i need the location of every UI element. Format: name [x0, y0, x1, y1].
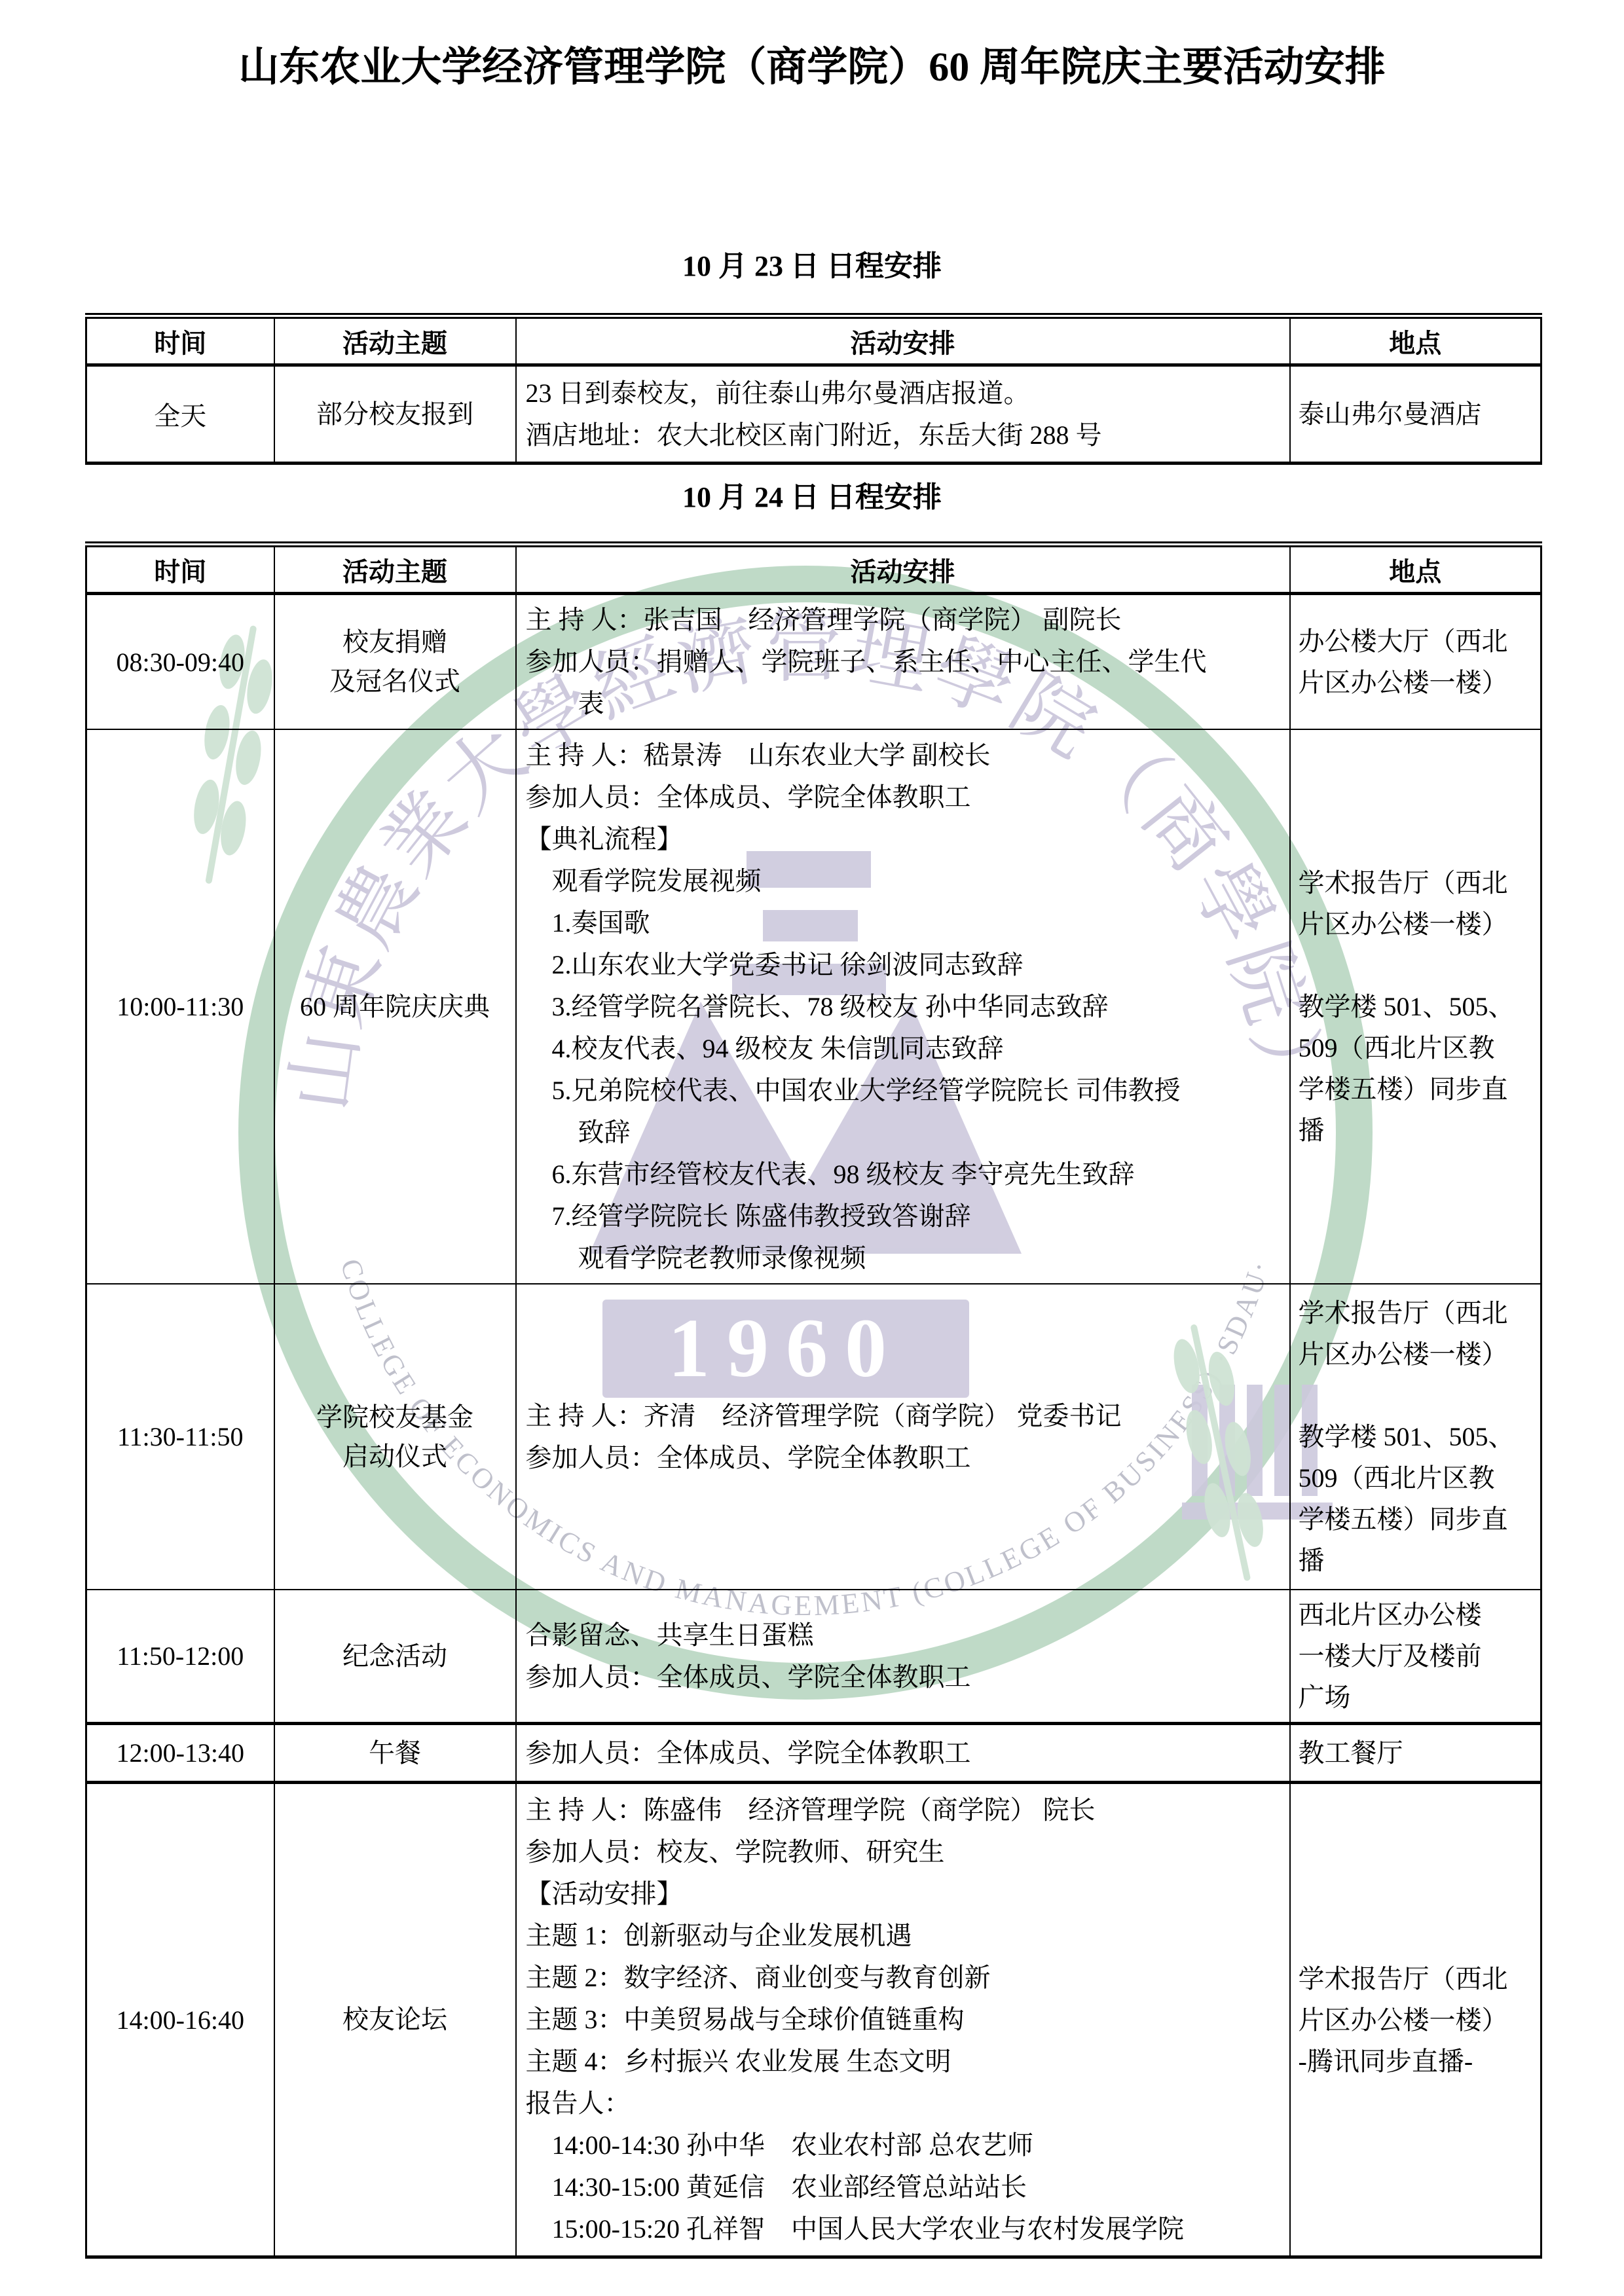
document-page: 山东农业大学经济管理学院（商学院）60 周年院庆主要活动安排 10 月 23 日…: [0, 46, 1624, 2259]
page-title: 山东农业大学经济管理学院（商学院）60 周年院庆主要活动安排: [0, 46, 1624, 89]
cell-arrangement: 23 日到泰校友，前往泰山弗尔曼酒店报道。 酒店地址：农大北校区南门附近，东岳大…: [516, 365, 1290, 464]
cell-time: 11:30-11:50: [86, 1284, 274, 1590]
oct23-schedule-table: 时间 活动主题 活动安排 地点 全天 部分校友报到 23 日到泰校友，前往泰山弗…: [85, 313, 1542, 465]
column-header-location: 地点: [1290, 545, 1541, 594]
cell-arrangement: 主 持 人：陈盛伟 经济管理学院（商学院） 院长 参加人员：校友、学院教师、研究…: [516, 1783, 1290, 2257]
cell-arrangement: 主 持 人：张吉国 经济管理学院（商学院） 副院长 参加人员：捐赠人、学院班子、…: [516, 594, 1290, 730]
schedule-row-anniversary-ceremony: 10:00-11:30 60 周年院庆庆典 主 持 人：嵇景涛 山东农业大学 副…: [86, 729, 1541, 1284]
column-header-time: 时间: [86, 545, 274, 594]
cell-theme: 午餐: [274, 1724, 516, 1783]
cell-time: 08:30-09:40: [86, 594, 274, 730]
cell-theme: 纪念活动: [274, 1590, 516, 1724]
schedule-row: 全天 部分校友报到 23 日到泰校友，前往泰山弗尔曼酒店报道。 酒店地址：农大北…: [86, 365, 1541, 464]
cell-location: 学术报告厅（西北 片区办公楼一楼） 教学楼 501、505、 509（西北片区教…: [1290, 729, 1541, 1284]
schedule-row-alumni-fund: 11:30-11:50 学院校友基金 启动仪式 主 持 人：齐清 经济管理学院（…: [86, 1284, 1541, 1590]
header-row: 时间 活动主题 活动安排 地点: [86, 316, 1541, 365]
cell-time: 11:50-12:00: [86, 1590, 274, 1724]
cell-theme: 部分校友报到: [274, 365, 516, 464]
cell-arrangement: 参加人员：全体成员、学院全体教职工: [516, 1724, 1290, 1783]
column-header-location: 地点: [1290, 316, 1541, 365]
cell-location: 办公楼大厅（西北 片区办公楼一楼）: [1290, 594, 1541, 730]
cell-location: 教工餐厅: [1290, 1724, 1541, 1783]
cell-theme: 学院校友基金 启动仪式: [274, 1284, 516, 1590]
column-header-theme: 活动主题: [274, 545, 516, 594]
cell-time: 全天: [86, 365, 274, 464]
cell-theme: 60 周年院庆庆典: [274, 729, 516, 1284]
schedule-row-donation-ceremony: 08:30-09:40 校友捐赠 及冠名仪式 主 持 人：张吉国 经济管理学院（…: [86, 594, 1541, 730]
cell-arrangement: 合影留念、共享生日蛋糕 参加人员：全体成员、学院全体教职工: [516, 1590, 1290, 1724]
schedule-row-lunch: 12:00-13:40 午餐 参加人员：全体成员、学院全体教职工 教工餐厅: [86, 1724, 1541, 1783]
cell-location: 学术报告厅（西北 片区办公楼一楼） 教学楼 501、505、 509（西北片区教…: [1290, 1284, 1541, 1590]
cell-theme: 校友论坛: [274, 1783, 516, 2257]
cell-location: 泰山弗尔曼酒店: [1290, 365, 1541, 464]
cell-theme: 校友捐赠 及冠名仪式: [274, 594, 516, 730]
column-header-arrangement: 活动安排: [516, 545, 1290, 594]
cell-location: 西北片区办公楼 一楼大厅及楼前 广场: [1290, 1590, 1541, 1724]
cell-time: 10:00-11:30: [86, 729, 274, 1284]
section-heading-oct24: 10 月 24 日 日程安排: [0, 483, 1624, 513]
section-heading-oct23: 10 月 23 日 日程安排: [0, 251, 1624, 282]
cell-location: 学术报告厅（西北 片区办公楼一楼） -腾讯同步直播-: [1290, 1783, 1541, 2257]
column-header-time: 时间: [86, 316, 274, 365]
schedule-row-commemoration: 11:50-12:00 纪念活动 合影留念、共享生日蛋糕 参加人员：全体成员、学…: [86, 1590, 1541, 1724]
header-row: 时间 活动主题 活动安排 地点: [86, 545, 1541, 594]
cell-time: 12:00-13:40: [86, 1724, 274, 1783]
cell-arrangement: 主 持 人：齐清 经济管理学院（商学院） 党委书记 参加人员：全体成员、学院全体…: [516, 1284, 1290, 1590]
schedule-row-alumni-forum: 14:00-16:40 校友论坛 主 持 人：陈盛伟 经济管理学院（商学院） 院…: [86, 1783, 1541, 2257]
oct24-schedule-table: 时间 活动主题 活动安排 地点 08:30-09:40 校友捐赠 及冠名仪式 主…: [85, 541, 1542, 2259]
cell-time: 14:00-16:40: [86, 1783, 274, 2257]
column-header-arrangement: 活动安排: [516, 316, 1290, 365]
cell-arrangement: 主 持 人：嵇景涛 山东农业大学 副校长 参加人员：全体成员、学院全体教职工 【…: [516, 729, 1290, 1284]
column-header-theme: 活动主题: [274, 316, 516, 365]
